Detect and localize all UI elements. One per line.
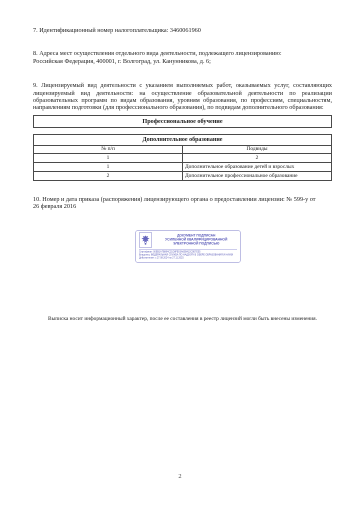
document-page: 7. Идентификационный номер налогоплатель… — [0, 0, 360, 509]
col-sub-header: Подвиды — [183, 145, 332, 154]
state-emblem-icon — [139, 233, 152, 248]
taxpayer-id-paragraph: 7. Идентификационный номер налогоплатель… — [33, 27, 332, 34]
table-row: 1 Дополнительное образование детей и взр… — [34, 163, 332, 172]
licensed-activity-paragraph: 9. Лицензируемый вид деятельности с указ… — [33, 82, 332, 111]
col-num-header: № п/п — [34, 145, 183, 154]
professional-training-box: Профессиональное обучение — [33, 115, 332, 128]
table-header-row: № п/п Подвиды — [34, 145, 332, 154]
col-sub-index: 2 — [183, 154, 332, 163]
digital-signature-stamp-frame: ДОКУМЕНТ ПОДПИСАН УСИЛЕННОЙ КВАЛИФИЦИРОВ… — [135, 230, 241, 263]
table-row: 2 Дополнительное профессиональное образо… — [34, 171, 332, 180]
order-number-paragraph: 10. Номер и дата приказа (распоряжения) … — [33, 196, 332, 211]
stamp-validity: Действителен: с 27.08.2024 по 27.11.2025 — [139, 257, 237, 260]
stamp-header: ДОКУМЕНТ ПОДПИСАН УСИЛЕННОЙ КВАЛИФИЦИРОВ… — [139, 233, 237, 248]
table-index-row: 1 2 — [34, 154, 332, 163]
stamp-details: Сертификат: 00ЕВ1А7В894С21D8FЕ03А65В412С… — [139, 249, 237, 259]
stamp-title: ДОКУМЕНТ ПОДПИСАН УСИЛЕННОЙ КВАЛИФИЦИРОВ… — [156, 234, 238, 246]
row-subtype: Дополнительное образование детей и взрос… — [183, 163, 332, 172]
row-subtype: Дополнительное профессиональное образова… — [183, 171, 332, 180]
activity-addresses-line2: Российская Федерация, 400001, г. Волгогр… — [33, 58, 332, 65]
additional-education-table: Дополнительное образование № п/п Подвиды… — [33, 134, 332, 180]
signature-stamp-row: ДОКУМЕНТ ПОДПИСАН УСИЛЕННОЙ КВАЛИФИЦИРОВ… — [33, 230, 332, 263]
document-content: 7. Идентификационный номер налогоплатель… — [33, 27, 332, 324]
order-number-line2: 26 февраля 2016 — [33, 203, 332, 210]
row-number: 2 — [34, 171, 183, 180]
digital-signature-stamp: ДОКУМЕНТ ПОДПИСАН УСИЛЕННОЙ КВАЛИФИЦИРОВ… — [135, 230, 241, 263]
activity-addresses-line1: 8. Адреса мест осуществления отдельного … — [33, 50, 332, 57]
col-num-index: 1 — [34, 154, 183, 163]
table-title: Дополнительное образование — [34, 135, 332, 145]
activity-addresses-paragraph: 8. Адреса мест осуществления отдельного … — [33, 50, 332, 65]
row-number: 1 — [34, 163, 183, 172]
stamp-title-line3: ЭЛЕКТРОННОЙ ПОДПИСЬЮ — [156, 242, 238, 246]
order-number-line1: 10. Номер и дата приказа (распоряжения) … — [33, 196, 332, 203]
table-title-row: Дополнительное образование — [34, 135, 332, 145]
double-headed-eagle-icon — [141, 235, 150, 246]
page-number: 2 — [0, 473, 360, 480]
informational-note: Выписка носит информационный характер, п… — [33, 316, 332, 323]
